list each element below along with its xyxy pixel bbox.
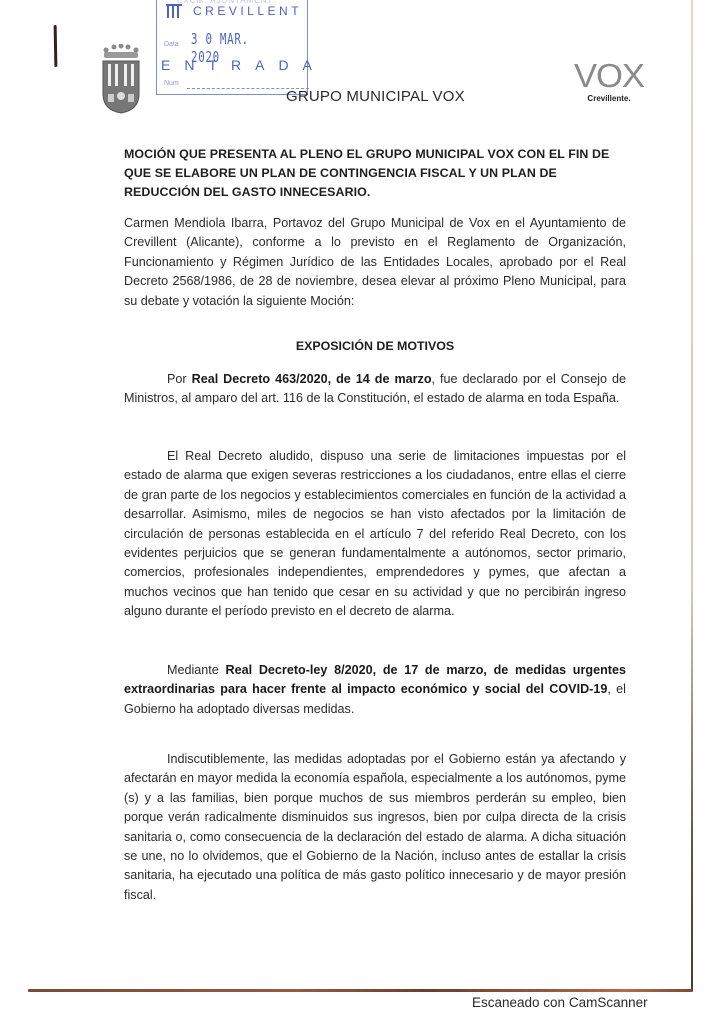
stamp-emblem-icon xyxy=(165,3,183,19)
motion-title: MOCIÓN QUE PRESENTA AL PLENO EL GRUPO MU… xyxy=(124,145,624,202)
p3-pre: Mediante xyxy=(167,663,226,677)
vox-logo-word: VOX xyxy=(572,60,646,92)
stamp-date-label: Data xyxy=(164,41,179,48)
p1-pre: Por xyxy=(167,372,192,386)
section-heading: EXPOSICIÓN DE MOTIVOS xyxy=(124,339,626,353)
intro-paragraph: Carmen Mendiola Ibarra, Portavoz del Gru… xyxy=(124,214,626,311)
municipal-crest-icon xyxy=(100,44,142,114)
page-edge-bottom xyxy=(28,989,693,992)
scanner-watermark: Escaneado con CamScanner xyxy=(472,995,648,1010)
paragraph-2: El Real Decreto aludido, dispuso una ser… xyxy=(124,447,626,622)
paragraph-3: Mediante Real Decreto-ley 8/2020, de 17 … xyxy=(124,661,626,719)
paragraph-1: Por Real Decreto 463/2020, de 14 de marz… xyxy=(124,370,626,409)
registry-stamp: EXCM. AJUNTAMENT CREVILLENT Data 3 0 MAR… xyxy=(156,0,308,95)
page-edge-right xyxy=(691,0,693,990)
stamp-entrada: ENTRADA xyxy=(161,57,326,73)
p1-bold: Real Decreto 463/2020, de 14 de marzo xyxy=(192,372,432,386)
pen-mark xyxy=(54,25,58,67)
vox-logo: VOX Crevillente. xyxy=(574,60,644,103)
paragraph-4: Indiscutiblemente, las medidas adoptadas… xyxy=(124,750,626,905)
stamp-city: CREVILLENT xyxy=(193,4,302,18)
vox-logo-subtitle: Crevillente. xyxy=(574,94,644,103)
group-title: GRUPO MUNICIPAL VOX xyxy=(286,88,465,105)
stamp-num-label: Num xyxy=(164,80,179,87)
